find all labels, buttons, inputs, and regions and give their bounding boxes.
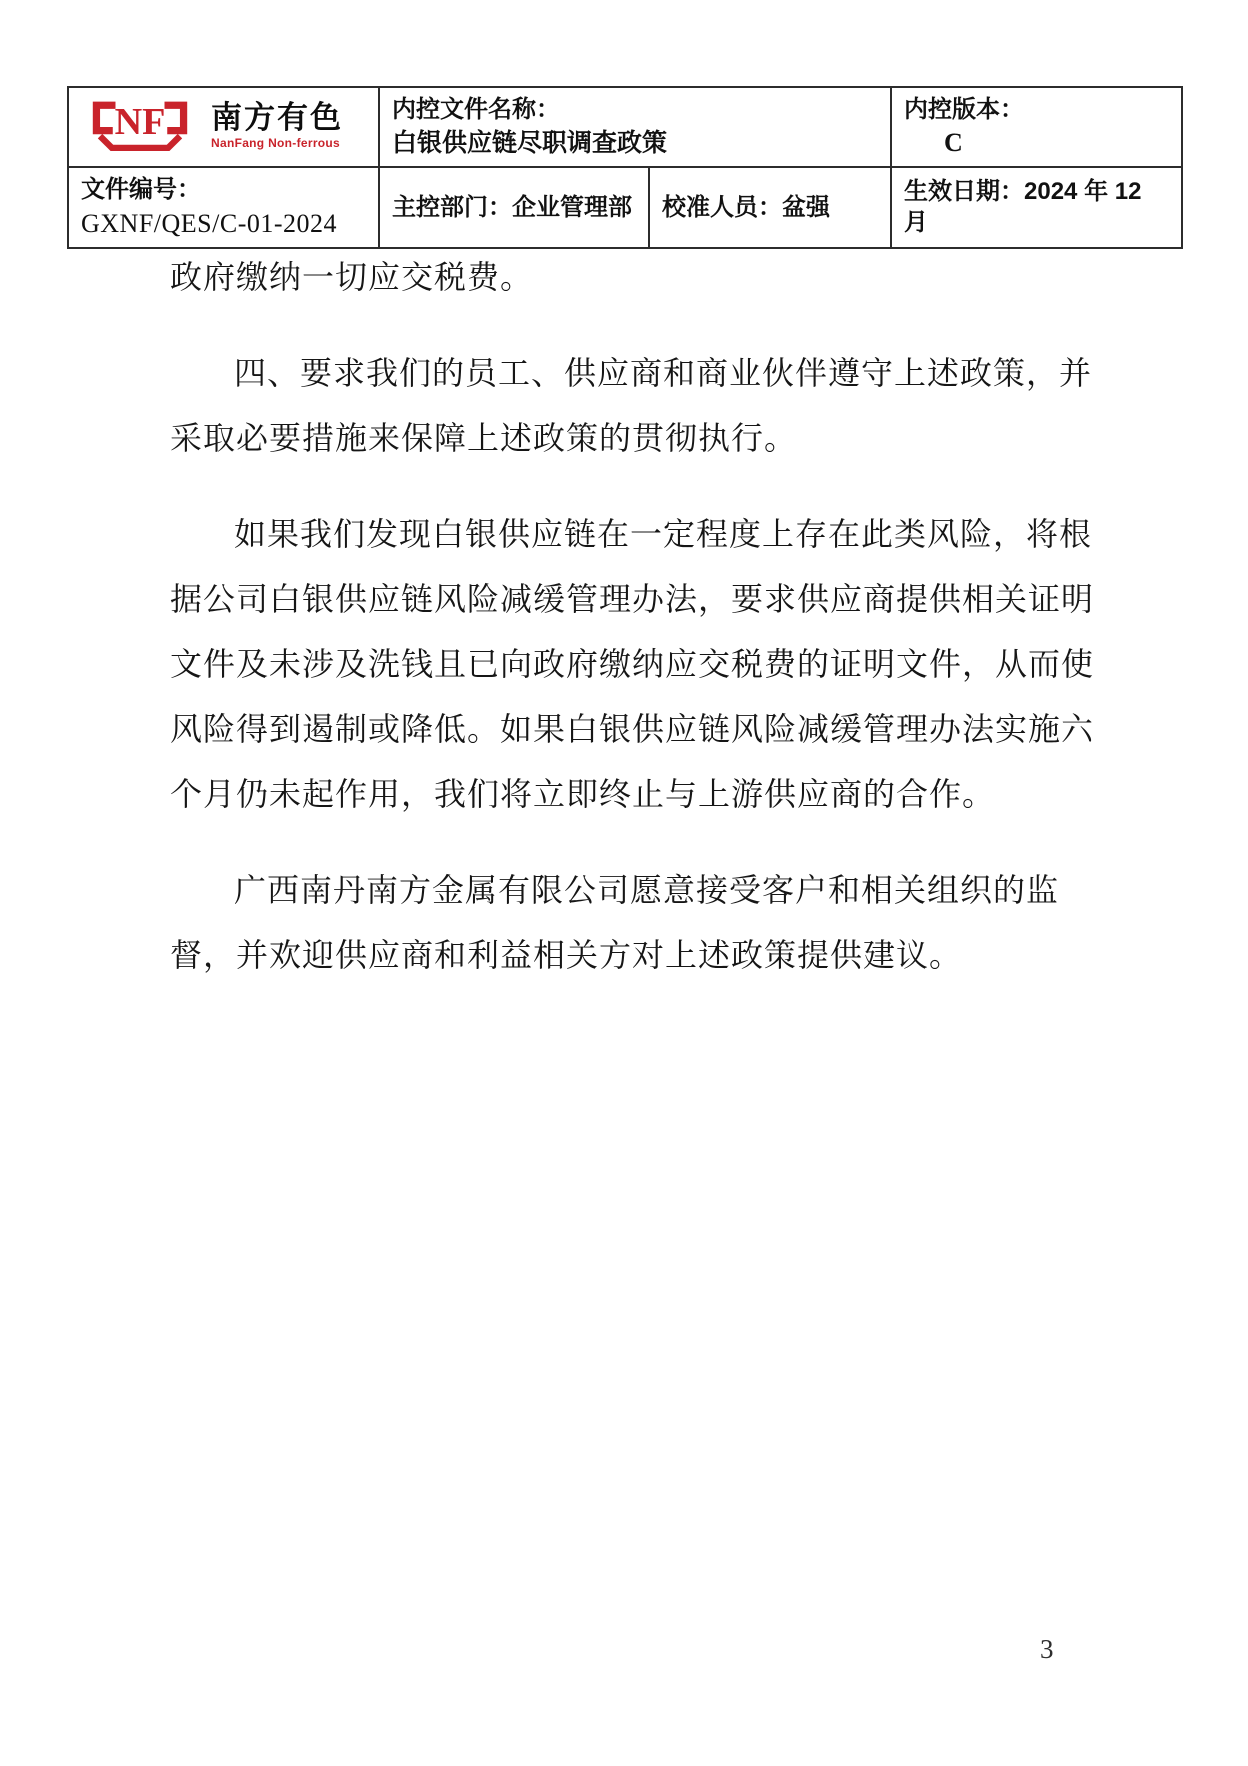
doc-number-value: GXNF/QES/C-01-2024 <box>81 207 366 241</box>
calibrator-cell: 校准人员：盆强 <box>649 167 891 248</box>
body-paragraph: 政府缴纳一切应交税费。 <box>170 245 1100 310</box>
nf-logo-icon: NF <box>81 96 199 158</box>
body-paragraph: 如果我们发现白银供应链在一定程度上存在此类风险，将根据公司白银供应链风险减缓管理… <box>170 502 1100 827</box>
page-number: 3 <box>1040 1634 1054 1665</box>
doc-name-cell: 内控文件名称： 白银供应链尽职调查政策 <box>379 87 891 167</box>
doc-name-label: 内控文件名称： <box>392 94 878 125</box>
document-header-table: NF 南方有色 NanFang Non-ferrous 内控文件名称： 白银供应… <box>67 86 1183 249</box>
company-logo: NF 南方有色 NanFang Non-ferrous <box>81 96 366 158</box>
version-cell: 内控版本： C <box>891 87 1182 167</box>
body-paragraphs: 政府缴纳一切应交税费。四、要求我们的员工、供应商和商业伙伴遵守上述政策，并采取必… <box>170 245 1100 1019</box>
body-paragraph: 广西南丹南方金属有限公司愿意接受客户和相关组织的监督，并欢迎供应商和利益相关方对… <box>170 858 1100 988</box>
controlling-dept-cell: 主控部门：企业管理部 <box>379 167 649 248</box>
company-name-cn: 南方有色 <box>211 102 343 133</box>
doc-number-cell: 文件编号： GXNF/QES/C-01-2024 <box>68 167 379 248</box>
logo-text: 南方有色 NanFang Non-ferrous <box>211 102 343 152</box>
doc-name-value: 白银供应链尽职调查政策 <box>392 127 878 160</box>
effective-date-cell: 生效日期：2024 年 12 月 <box>891 167 1182 248</box>
version-label: 内控版本： <box>904 94 1169 125</box>
doc-number-label: 文件编号： <box>81 174 366 205</box>
version-value: C <box>904 126 1169 160</box>
svg-text:NF: NF <box>115 101 166 143</box>
document-page: NF 南方有色 NanFang Non-ferrous 内控文件名称： 白银供应… <box>0 0 1248 1766</box>
body-paragraph: 四、要求我们的员工、供应商和商业伙伴遵守上述政策，并采取必要措施来保障上述政策的… <box>170 341 1100 471</box>
company-name-en: NanFang Non-ferrous <box>211 136 343 152</box>
logo-cell: NF 南方有色 NanFang Non-ferrous <box>68 87 379 167</box>
